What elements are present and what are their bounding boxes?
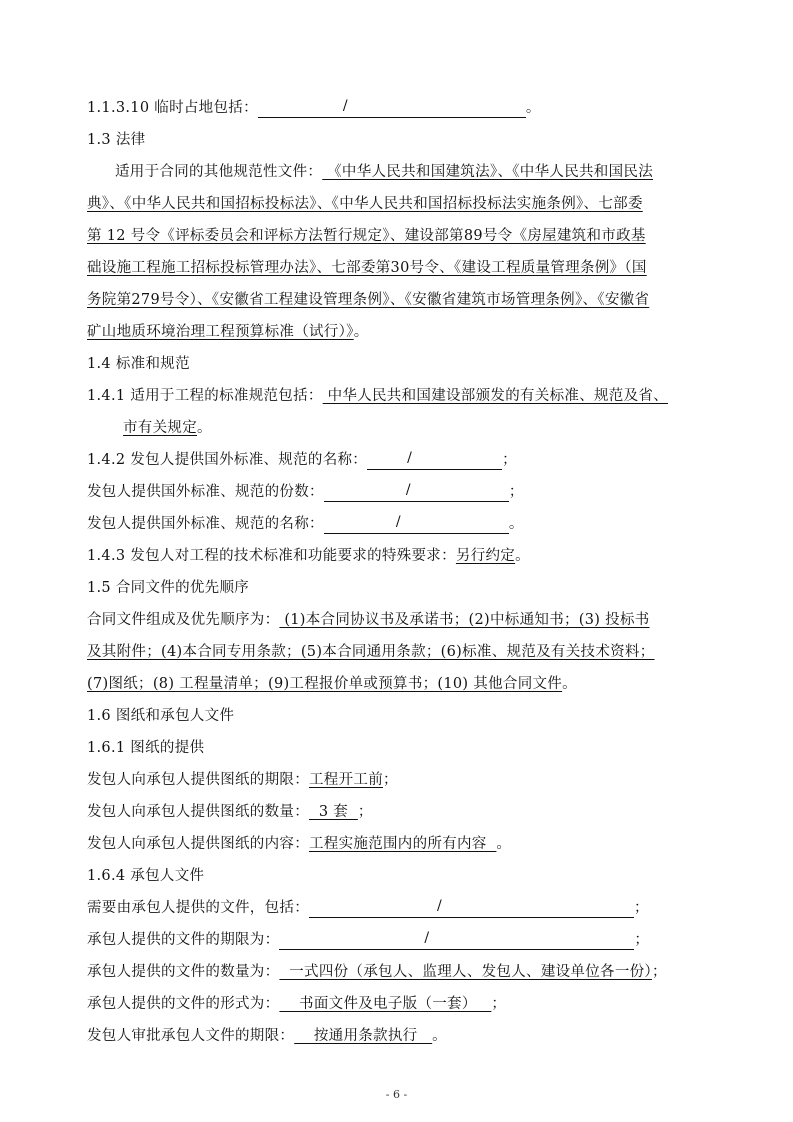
subsection-heading-contractor-docs: 1.6.4 承包人文件 [87,866,204,886]
law-paragraph-line-2: 典》、《中华人民共和国招标投标法》、《中华人民共和国招标投标法实施条例》、七部委 [87,194,643,214]
clause-1-4-3: 1.4.3 发包人对工程的技术标准和功能要求的特殊要求：另行约定。 [87,546,530,566]
clause-1-4-1-cont: 市有关规定。 [123,418,212,438]
clause-docs-approval: 发包人审批承包人文件的期限： 按通用条款执行 。 [87,1026,447,1046]
order-line-3: (7)图纸；(8) 工程量清单；(9)工程报价单或预算书；(10) 其他合同文件… [87,674,577,694]
subsection-heading-drawings-supply: 1.6.1 图纸的提供 [87,738,204,758]
document-page: 1.1.3.10 临时占地包括：/。 1.3 法律 适用于合同的其他规范性文件：… [0,0,793,1122]
clause-foreign-std-copies: 发包人提供国外标准、规范的份数：/； [87,482,524,502]
clause-docs-required: 需要由承包人提供的文件，包括：/； [87,898,649,918]
clause-temporary-land: 1.1.3.10 临时占地包括：/。 [87,98,541,118]
clause-drawings-content: 发包人向承包人提供图纸的内容：工程实施范围内的所有内容 。 [87,834,511,854]
blank-field: / [279,931,634,950]
page-number: - 6 - [0,1088,793,1101]
clause-foreign-std-names: 发包人提供国外标准、规范的名称：/。 [87,514,524,534]
order-line-1: 合同文件组成及优先顺序为： (1)本合同协议书及承诺书；(2)中标通知书；(3)… [87,610,650,630]
clause-docs-period: 承包人提供的文件的期限为：/； [87,930,649,950]
blank-field: / [258,99,526,118]
clause-drawings-quantity: 发包人向承包人提供图纸的数量： 3 套 ； [87,802,373,822]
clause-1-4-2: 1.4.2 发包人提供国外标准、规范的名称：/； [87,450,517,470]
clause-docs-quantity: 承包人提供的文件的数量为： 一式四份（承包人、监理人、发包人、建设单位各一份）； [87,962,667,982]
order-line-2: 及其附件；(4)本合同专用条款；(5)本合同通用条款；(6)标准、规范及有关技术… [87,642,655,662]
law-paragraph-line-6: 矿山地质环境治理工程预算标准（试行）》。 [87,322,369,342]
law-paragraph-line-3: 第 12 号令《评标委员会和评标方法暂行规定》、建设部第89号令《房屋建筑和市政… [87,226,646,246]
section-heading-standards: 1.4 标准和规范 [87,354,190,374]
section-heading-law: 1.3 法律 [87,130,145,150]
clause-1-4-1: 1.4.1 适用于工程的标准规范包括： 中华人民共和国建设部颁发的有关标准、规范… [87,386,668,406]
law-paragraph-line-5: 务院第279号令）、《安徽省工程建设管理条例》、《安徽省建筑市场管理条例》、《安… [87,290,649,310]
clause-drawings-period: 发包人向承包人提供图纸的期限：工程开工前； [87,770,398,790]
blank-field: / [367,451,502,470]
blank-field: / [324,483,509,502]
law-paragraph-line-4: 础设施工程施工招标投标管理办法》、七部委第30号令、《建设工程质量管理条例》（国 [87,258,647,278]
clause-docs-form: 承包人提供的文件的形式为： 书面文件及电子版（一套） ； [87,994,506,1014]
blank-field: / [309,899,634,918]
law-paragraph-line-1: 适用于合同的其他规范性文件： 《中华人民共和国建筑法》、《中华人民共和国民法 [115,162,653,182]
blank-field: / [324,515,509,534]
section-heading-drawings: 1.6 图纸和承包人文件 [87,706,234,726]
section-heading-order: 1.5 合同文件的优先顺序 [87,578,249,598]
